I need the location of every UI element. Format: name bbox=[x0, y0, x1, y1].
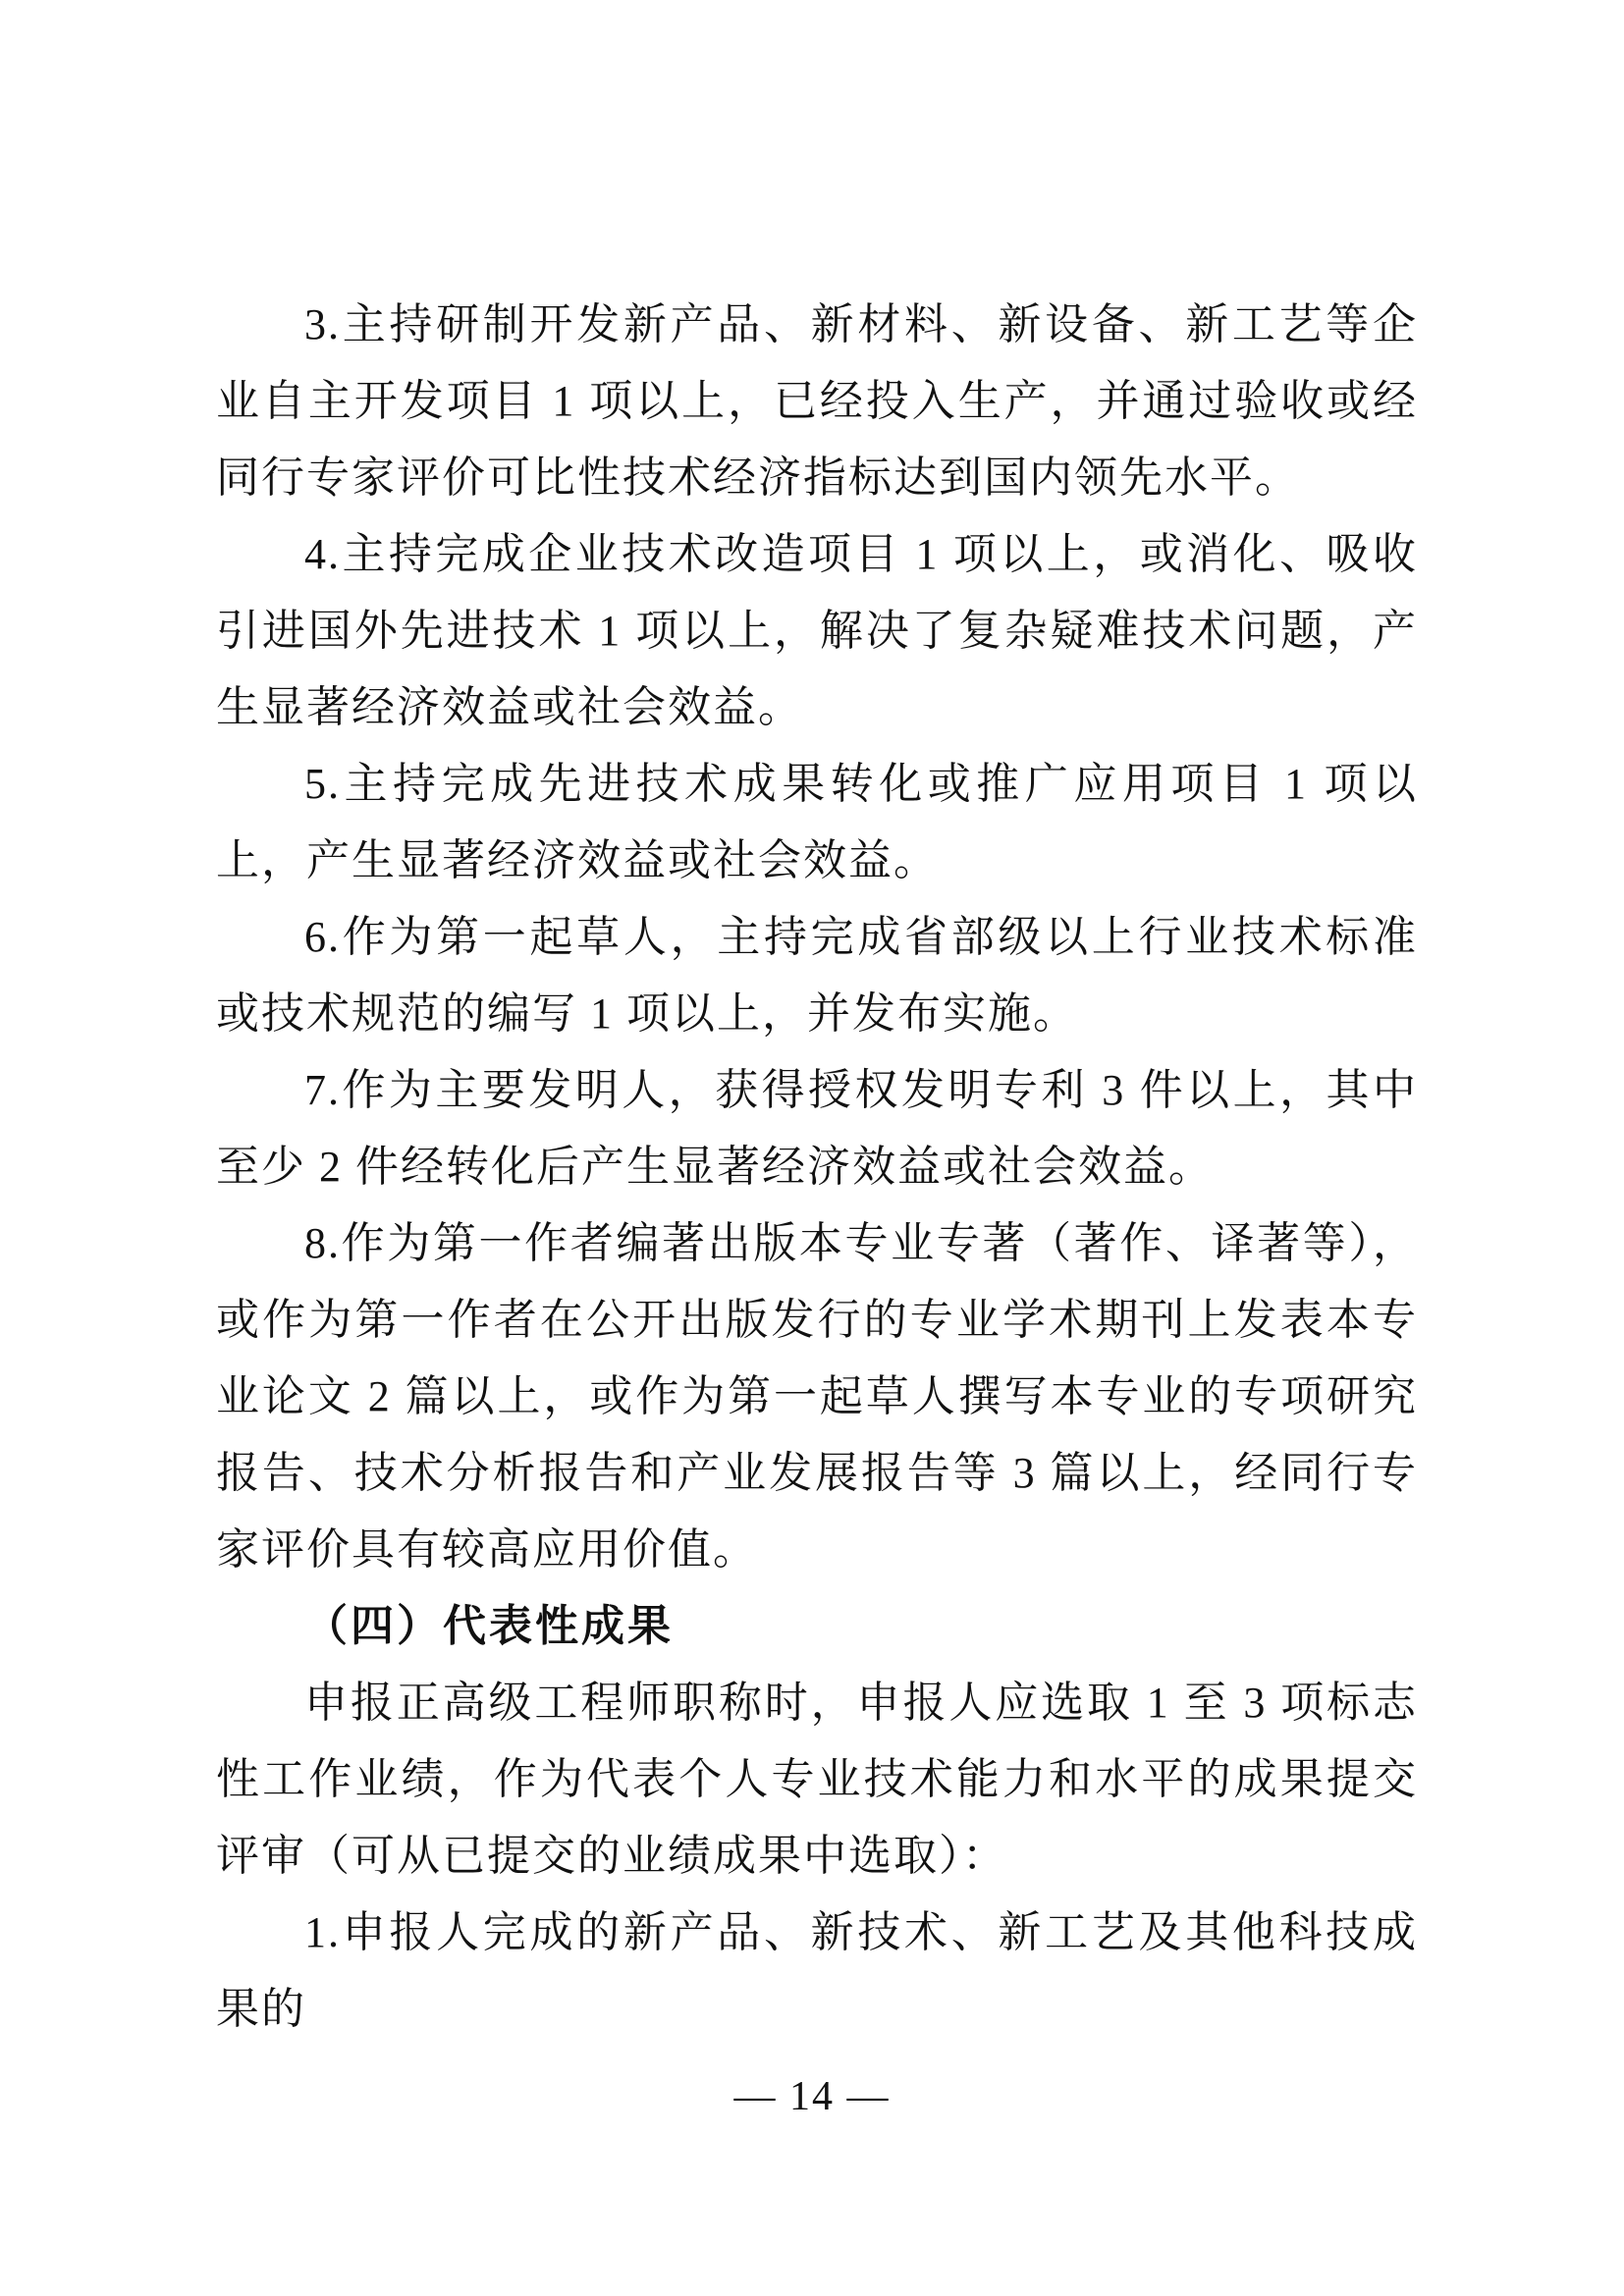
paragraph-representative-intro: 申报正高级工程师职称时，申报人应选取 1 至 3 项标志性工作业绩，作为代表个人… bbox=[216, 1665, 1418, 1895]
paragraph-item-8: 8.作为第一作者编著出版本专业专著（著作、译著等），或作为第一作者在公开出版发行… bbox=[216, 1205, 1418, 1588]
paragraph-item-6: 6.作为第一起草人，主持完成省部级以上行业技术标准或技术规范的编写 1 项以上，… bbox=[216, 899, 1418, 1052]
document-content: 3.主持研制开发新产品、新材料、新设备、新工艺等企业自主开发项目 1 项以上，已… bbox=[216, 287, 1418, 2048]
paragraph-item-4: 4.主持完成企业技术改造项目 1 项以上，或消化、吸收引进国外先进技术 1 项以… bbox=[216, 516, 1418, 746]
document-page: 3.主持研制开发新产品、新材料、新设备、新工艺等企业自主开发项目 1 项以上，已… bbox=[0, 0, 1624, 2296]
paragraph-item-7: 7.作为主要发明人，获得授权发明专利 3 件以上，其中至少 2 件经转化后产生显… bbox=[216, 1052, 1418, 1205]
paragraph-item-3: 3.主持研制开发新产品、新材料、新设备、新工艺等企业自主开发项目 1 项以上，已… bbox=[216, 287, 1418, 516]
paragraph-item-5: 5.主持完成先进技术成果转化或推广应用项目 1 项以上，产生显著经济效益或社会效… bbox=[216, 746, 1418, 899]
paragraph-item-1: 1.申报人完成的新产品、新技术、新工艺及其他科技成果的 bbox=[216, 1895, 1418, 2048]
section-heading-representative-achievements: （四）代表性成果 bbox=[216, 1588, 1418, 1665]
page-number: — 14 — bbox=[0, 2067, 1624, 2126]
